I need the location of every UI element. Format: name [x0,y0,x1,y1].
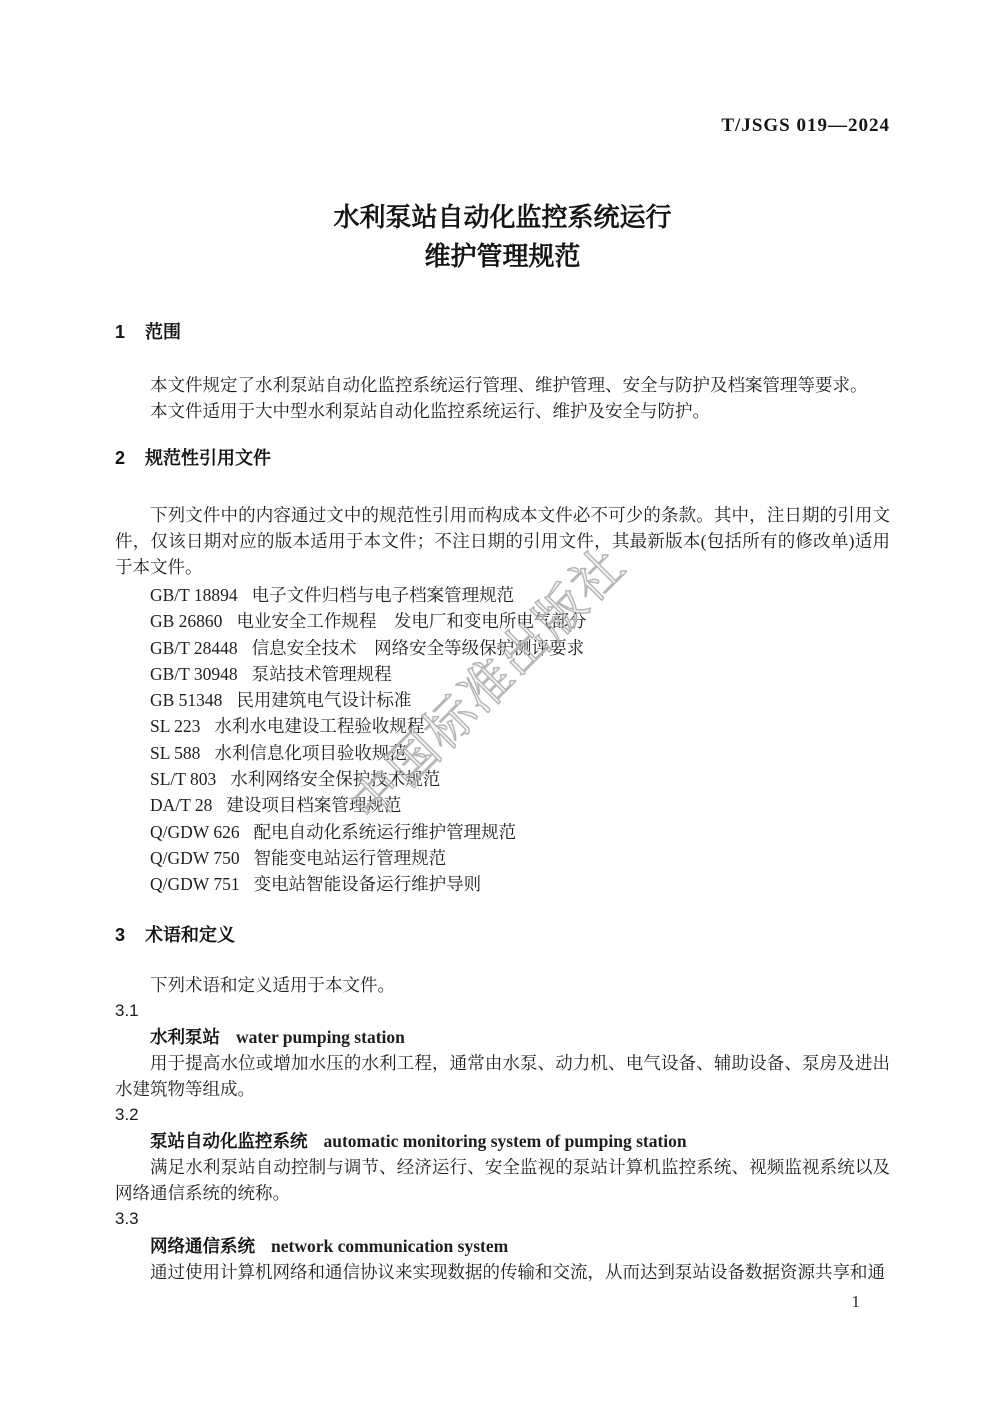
terms-block: 下列术语和定义适用于本文件。 3.1 水利泵站water pumping sta… [115,972,890,1285]
reference-title: 泵站技术管理规程 [252,664,392,684]
reference-title: 建设项目档案管理规范 [226,795,401,815]
term-number: 3.1 [115,998,890,1024]
reference-code: GB/T 18894 [150,585,238,605]
section-2-number: 2 [115,445,145,471]
reference-code: GB/T 30948 [150,664,238,684]
reference-title: 水利网络安全保护技术规范 [230,769,440,789]
section-1-number: 1 [115,319,145,345]
page-number: 1 [852,1289,861,1315]
reference-code: GB/T 28448 [150,638,238,658]
reference-title: 智能变电站运行管理规范 [254,848,447,868]
reference-code: GB 51348 [150,690,222,710]
reference-code: SL 588 [150,743,200,763]
reference-code: Q/GDW 751 [150,874,240,894]
section-1-title: 范围 [145,322,181,342]
reference-item: SL 588水利信息化项目验收规范 [150,740,890,766]
document-title-line1: 水利泵站自动化监控系统运行 [115,198,890,237]
reference-title: 信息安全技术 网络安全等级保护测评要求 [252,638,585,658]
reference-item: SL 223水利水电建设工程验收规程 [150,713,890,739]
reference-item: Q/GDW 626配电自动化系统运行维护管理规范 [150,819,890,845]
reference-title: 水利信息化项目验收规范 [214,743,407,763]
reference-code: DA/T 28 [150,795,212,815]
reference-list: GB/T 18894电子文件归档与电子档案管理规范 GB 26860电业安全工作… [115,582,890,898]
reference-item: Q/GDW 750智能变电站运行管理规范 [150,845,890,871]
term-chinese: 水利泵站 [150,1027,220,1047]
reference-item: GB 26860电业安全工作规程 发电厂和变电所电气部分 [150,608,890,634]
section-3-title: 术语和定义 [145,925,235,945]
term-heading: 网络通信系统network communication system [115,1233,890,1259]
reference-item: GB 51348民用建筑电气设计标准 [150,687,890,713]
section-1-heading: 1范围 [115,319,890,345]
reference-code: SL/T 803 [150,769,216,789]
term-definition: 满足水利泵站自动控制与调节、经济运行、安全监视的泵站计算机监控系统、视频监视系统… [115,1154,890,1206]
reference-title: 变电站智能设备运行维护导则 [254,874,482,894]
section-3-heading: 3术语和定义 [115,922,890,948]
reference-item: GB/T 30948泵站技术管理规程 [150,661,890,687]
reference-code: Q/GDW 626 [150,822,240,842]
document-title-line2: 维护管理规范 [115,237,890,276]
section-3-number: 3 [115,922,145,948]
reference-title: 民用建筑电气设计标准 [236,690,411,710]
section-2-title: 规范性引用文件 [145,448,271,468]
term-definition: 通过使用计算机网络和通信协议来实现数据的传输和交流，从而达到泵站设备数据资源共享… [115,1259,890,1285]
reference-item: DA/T 28建设项目档案管理规范 [150,792,890,818]
reference-item: GB/T 18894电子文件归档与电子档案管理规范 [150,582,890,608]
scope-paragraph: 本文件适用于大中型水利泵站自动化监控系统运行、维护及安全与防护。 [115,398,890,424]
reference-item: SL/T 803水利网络安全保护技术规范 [150,766,890,792]
term-number: 3.3 [115,1206,890,1232]
terms-intro: 下列术语和定义适用于本文件。 [115,972,890,998]
reference-title: 配电自动化系统运行维护管理规范 [254,822,517,842]
term-number: 3.2 [115,1102,890,1128]
term-heading: 水利泵站water pumping station [115,1024,890,1050]
reference-title: 水利水电建设工程验收规程 [214,716,424,736]
references-intro: 下列文件中的内容通过文中的规范性引用而构成本文件必不可少的条款。其中，注日期的引… [115,502,890,580]
reference-title: 电业安全工作规程 发电厂和变电所电气部分 [236,611,586,631]
document-page: 中国标准出版社 T/JSGS 019—2024 水利泵站自动化监控系统运行 维护… [0,0,992,1403]
reference-item: GB/T 28448信息安全技术 网络安全等级保护测评要求 [150,635,890,661]
term-definition: 用于提高水位或增加水压的水利工程，通常由水泵、动力机、电气设备、辅助设备、泵房及… [115,1050,890,1102]
reference-code: SL 223 [150,716,200,736]
term-english: automatic monitoring system of pumping s… [324,1131,687,1151]
term-english: network communication system [271,1236,508,1256]
term-heading: 泵站自动化监控系统automatic monitoring system of … [115,1128,890,1154]
reference-code: Q/GDW 750 [150,848,240,868]
reference-item: Q/GDW 751变电站智能设备运行维护导则 [150,871,890,897]
reference-code: GB 26860 [150,611,222,631]
term-chinese: 网络通信系统 [150,1236,255,1256]
page-content: T/JSGS 019—2024 水利泵站自动化监控系统运行 维护管理规范 1范围… [0,0,992,1285]
scope-paragraph: 本文件规定了水利泵站自动化监控系统运行管理、维护管理、安全与防护及档案管理等要求… [115,372,890,398]
term-english: water pumping station [236,1027,405,1047]
term-chinese: 泵站自动化监控系统 [150,1131,308,1151]
reference-title: 电子文件归档与电子档案管理规范 [252,585,515,605]
section-2-heading: 2规范性引用文件 [115,445,890,471]
document-title: 水利泵站自动化监控系统运行 维护管理规范 [115,198,890,276]
standard-number: T/JSGS 019—2024 [115,113,890,139]
